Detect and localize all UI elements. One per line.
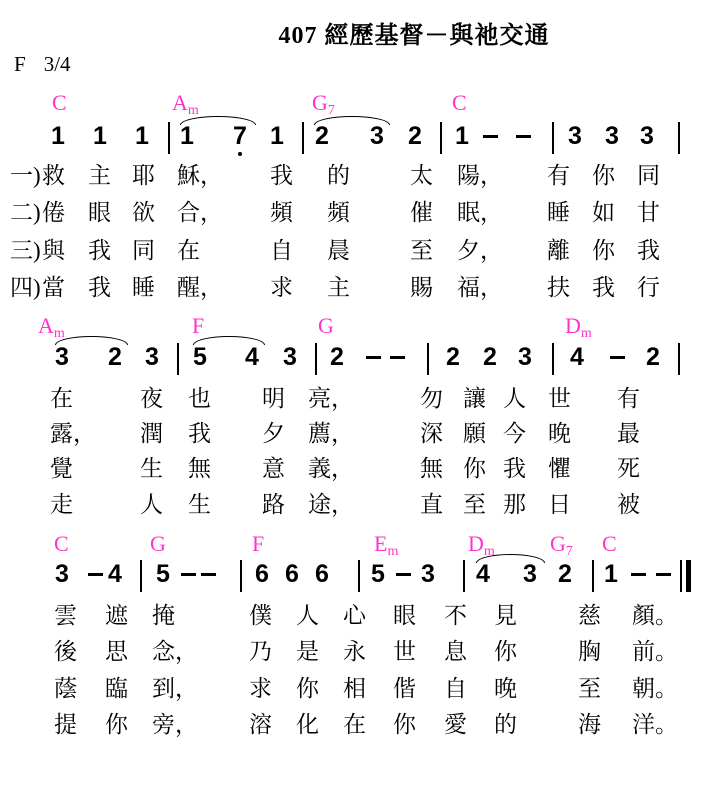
note-number: 3 (364, 122, 390, 151)
dash-note (181, 573, 196, 576)
lyric-syllable: 我 (188, 421, 211, 447)
dash-note (483, 135, 498, 138)
bar-line (678, 122, 680, 154)
lyric-syllable: 有 (547, 163, 570, 189)
lyric-syllable: 福， (457, 275, 503, 301)
note-number: 4 (564, 343, 590, 372)
note-number: 1 (264, 122, 290, 151)
lyric-syllable: 念， (152, 639, 198, 665)
lyric-syllable: 夕， (457, 238, 503, 264)
chord-symbol: G (318, 313, 334, 339)
lyric-syllable: 義， (308, 456, 354, 482)
lyric-syllable: 旁， (152, 712, 198, 738)
lyric-syllable: 覺 (50, 456, 73, 482)
lyric-syllable: 今 (503, 421, 526, 447)
bar-line (140, 560, 142, 592)
lyric-syllable: 如 (592, 200, 615, 226)
chord-symbol: Am (38, 313, 65, 342)
note-number: 1 (87, 122, 113, 151)
lyric-syllable: 陽， (457, 163, 503, 189)
lyric-syllable: 的 (494, 712, 517, 738)
lyric-syllable: 同 (132, 238, 155, 264)
dash-note (516, 135, 531, 138)
lyric-syllable: 愛 (444, 712, 467, 738)
verse-number: 四) (10, 275, 41, 301)
note-number: 3 (562, 122, 588, 151)
final-bar-line-thick (686, 560, 691, 592)
lyric-syllable: 晨 (327, 238, 350, 264)
note-number: 2 (552, 560, 578, 589)
lyric-syllable: 睡 (547, 200, 570, 226)
bar-line (552, 343, 554, 375)
time-signature: 3/4 (44, 52, 71, 76)
lyric-syllable: 後 (54, 639, 77, 665)
lyric-syllable: 夜 (140, 386, 163, 412)
lyric-syllable: 行 (637, 275, 660, 301)
lyric-syllable: 你 (494, 639, 517, 665)
lyric-syllable: 露， (50, 421, 96, 447)
chord-symbol: F (192, 313, 204, 339)
lyric-syllable: 自 (270, 238, 293, 264)
lyric-syllable: 賜 (410, 275, 433, 301)
lyric-syllable: 亮， (308, 386, 354, 412)
note-number: 4 (102, 560, 128, 589)
lyric-syllable: 願 (463, 421, 486, 447)
lyric-syllable: 甘 (637, 200, 660, 226)
bar-line (440, 122, 442, 154)
note-number: 2 (640, 343, 666, 372)
lyric-syllable: 主 (327, 275, 350, 301)
lyric-syllable: 意 (262, 456, 285, 482)
bar-line (302, 122, 304, 154)
note-number: 1 (129, 122, 155, 151)
lyric-syllable: 顏。 (632, 603, 678, 629)
lyric-syllable: 求 (249, 676, 272, 702)
lyric-syllable: 救 (42, 163, 65, 189)
lyric-syllable: 無 (188, 456, 211, 482)
note-number: 3 (634, 122, 660, 151)
dash-note (390, 356, 405, 359)
lyric-syllable: 深 (420, 421, 443, 447)
lyric-syllable: 的 (327, 163, 350, 189)
lyric-syllable: 路 (262, 492, 285, 518)
lyric-syllable: 耶 (132, 163, 155, 189)
bar-line (240, 560, 242, 592)
lyric-syllable: 僕 (249, 603, 272, 629)
lyric-syllable: 與 (42, 238, 65, 264)
note-number: 1 (174, 122, 200, 151)
chord-symbol: Em (374, 531, 398, 560)
lyric-syllable: 倦 (42, 200, 65, 226)
note-number: 3 (415, 560, 441, 589)
bar-line (315, 343, 317, 375)
lyric-syllable: 生 (188, 492, 211, 518)
lyric-syllable: 欲 (132, 200, 155, 226)
lyric-syllable: 直 (420, 492, 443, 518)
lyric-syllable: 主 (88, 163, 111, 189)
lyric-syllable: 太 (410, 163, 433, 189)
lyric-syllable: 有 (617, 386, 640, 412)
lyric-syllable: 晚 (494, 676, 517, 702)
note-number: 2 (440, 343, 466, 372)
dash-note (88, 573, 103, 576)
dash-note (656, 573, 671, 576)
lyric-syllable: 息 (444, 639, 467, 665)
final-bar-line-thin (680, 560, 682, 592)
lyric-syllable: 朝。 (632, 676, 678, 702)
lyric-syllable: 見 (494, 603, 517, 629)
key-time-signature: F3/4 (14, 52, 71, 77)
note-number: 2 (477, 343, 503, 372)
lyric-syllable: 潤 (140, 421, 163, 447)
note-number: 3 (599, 122, 625, 151)
chord-symbol: C (54, 531, 69, 557)
lyric-syllable: 我 (637, 238, 660, 264)
chord-quality: m (387, 544, 398, 559)
lyric-syllable: 催 (410, 200, 433, 226)
lyric-syllable: 自 (444, 676, 467, 702)
lyric-syllable: 至 (410, 238, 433, 264)
chord-quality: 7 (328, 103, 335, 118)
note-number: 2 (102, 343, 128, 372)
lyric-syllable: 途， (308, 492, 354, 518)
note-number: 5 (365, 560, 391, 589)
note-number: 7 (227, 122, 253, 151)
lyric-syllable: 乃 (249, 639, 272, 665)
lyric-syllable: 薦， (308, 421, 354, 447)
bar-line (552, 122, 554, 154)
note-number: 2 (309, 122, 335, 151)
note-number: 3 (277, 343, 303, 372)
lyric-syllable: 明 (262, 386, 285, 412)
lyric-syllable: 頻 (327, 200, 350, 226)
lyric-syllable: 人 (296, 603, 319, 629)
dash-note (396, 573, 411, 576)
chord-symbol: G (150, 531, 166, 557)
note-number: 5 (187, 343, 213, 372)
lyric-syllable: 心 (343, 603, 366, 629)
low-octave-dot (238, 152, 242, 156)
lyric-syllable: 你 (296, 676, 319, 702)
chord-symbol: C (452, 90, 467, 116)
lyric-syllable: 人 (140, 492, 163, 518)
chord-symbol: G7 (312, 90, 335, 119)
lyric-syllable: 前。 (632, 639, 678, 665)
note-number: 4 (470, 560, 496, 589)
lyric-syllable: 在 (177, 238, 200, 264)
lyric-syllable: 晚 (548, 421, 571, 447)
lyric-syllable: 穌， (177, 163, 223, 189)
lyric-syllable: 永 (343, 639, 366, 665)
note-number: 3 (49, 343, 75, 372)
chord-symbol: F (252, 531, 264, 557)
note-number: 3 (512, 343, 538, 372)
note-number: 2 (324, 343, 350, 372)
lyric-syllable: 相 (343, 676, 366, 702)
lyric-syllable: 日 (548, 492, 571, 518)
lyric-syllable: 人 (503, 386, 526, 412)
lyric-syllable: 我 (88, 238, 111, 264)
note-number: 6 (249, 560, 275, 589)
bar-line (592, 560, 594, 592)
lyric-syllable: 我 (592, 275, 615, 301)
bar-line (168, 122, 170, 154)
lyric-syllable: 也 (188, 386, 211, 412)
note-number: 1 (45, 122, 71, 151)
lyric-syllable: 世 (548, 386, 571, 412)
bar-line (427, 343, 429, 375)
lyric-syllable: 海 (578, 712, 601, 738)
lyric-syllable: 我 (503, 456, 526, 482)
lyric-syllable: 合， (177, 200, 223, 226)
dash-note (366, 356, 381, 359)
bar-line (177, 343, 179, 375)
chord-symbol: G7 (550, 531, 573, 560)
lyric-syllable: 生 (140, 456, 163, 482)
lyric-syllable: 睡 (132, 275, 155, 301)
lyric-syllable: 不 (444, 603, 467, 629)
lyric-syllable: 那 (503, 492, 526, 518)
note-number: 3 (49, 560, 75, 589)
lyric-syllable: 你 (105, 712, 128, 738)
lyric-syllable: 世 (393, 639, 416, 665)
lyric-syllable: 至 (463, 492, 486, 518)
lyric-syllable: 洋。 (632, 712, 678, 738)
lyric-syllable: 臨 (105, 676, 128, 702)
lyric-syllable: 你 (592, 238, 615, 264)
chord-symbol: Am (172, 90, 199, 119)
note-number: 4 (239, 343, 265, 372)
page-title: 407 經歷基督－與祂交通 (0, 15, 722, 50)
lyric-syllable: 在 (50, 386, 73, 412)
lyric-syllable: 死 (617, 456, 640, 482)
lyric-syllable: 你 (463, 456, 486, 482)
lyric-syllable: 至 (578, 676, 601, 702)
note-number: 6 (279, 560, 305, 589)
dash-note (201, 573, 216, 576)
lyric-syllable: 被 (617, 492, 640, 518)
lyric-syllable: 最 (617, 421, 640, 447)
lyric-syllable: 頻 (270, 200, 293, 226)
key-signature: F (14, 52, 26, 76)
dash-note (631, 573, 646, 576)
lyric-syllable: 我 (270, 163, 293, 189)
lyric-syllable: 到， (152, 676, 198, 702)
lyric-syllable: 求 (270, 275, 293, 301)
lyric-syllable: 你 (393, 712, 416, 738)
chord-quality: m (188, 103, 199, 118)
verse-number: 二) (10, 200, 41, 226)
chord-symbol: C (52, 90, 67, 116)
verse-number: 一) (10, 163, 41, 189)
chord-quality: 7 (566, 544, 573, 559)
lyric-syllable: 讓 (463, 386, 486, 412)
lyric-syllable: 醒， (177, 275, 223, 301)
lyric-syllable: 胸 (578, 639, 601, 665)
lyric-syllable: 當 (42, 275, 65, 301)
chord-symbol: C (602, 531, 617, 557)
lyric-syllable: 溶 (249, 712, 272, 738)
dash-note (610, 356, 625, 359)
lyric-syllable: 雲 (54, 603, 77, 629)
lyric-syllable: 提 (54, 712, 77, 738)
lyric-syllable: 眼 (393, 603, 416, 629)
note-number: 3 (517, 560, 543, 589)
lyric-syllable: 遮 (105, 603, 128, 629)
lyric-syllable: 在 (343, 712, 366, 738)
lyric-syllable: 離 (547, 238, 570, 264)
note-number: 1 (449, 122, 475, 151)
lyric-syllable: 掩 (152, 603, 175, 629)
verse-number: 三) (10, 238, 41, 264)
lyric-syllable: 蔭 (54, 676, 77, 702)
lyric-syllable: 我 (88, 275, 111, 301)
lyric-syllable: 偕 (393, 676, 416, 702)
hymn-sheet: 407 經歷基督－與祂交通 F3/4 CAmG7C1111712321333一)… (0, 0, 722, 788)
lyric-syllable: 同 (637, 163, 660, 189)
lyric-syllable: 化 (296, 712, 319, 738)
note-number: 6 (309, 560, 335, 589)
note-number: 3 (139, 343, 165, 372)
bar-line (678, 343, 680, 375)
chord-quality: m (581, 326, 592, 341)
lyric-syllable: 眠， (457, 200, 503, 226)
bar-line (358, 560, 360, 592)
lyric-syllable: 夕 (262, 421, 285, 447)
lyric-syllable: 眼 (88, 200, 111, 226)
chord-symbol: Dm (565, 313, 592, 342)
lyric-syllable: 思 (105, 639, 128, 665)
lyric-syllable: 走 (50, 492, 73, 518)
lyric-syllable: 懼 (548, 456, 571, 482)
lyric-syllable: 扶 (547, 275, 570, 301)
note-number: 2 (402, 122, 428, 151)
lyric-syllable: 是 (296, 639, 319, 665)
note-number: 5 (150, 560, 176, 589)
bar-line (463, 560, 465, 592)
note-number: 1 (598, 560, 624, 589)
lyric-syllable: 無 (420, 456, 443, 482)
lyric-syllable: 你 (592, 163, 615, 189)
lyric-syllable: 慈 (578, 603, 601, 629)
lyric-syllable: 勿 (420, 386, 443, 412)
